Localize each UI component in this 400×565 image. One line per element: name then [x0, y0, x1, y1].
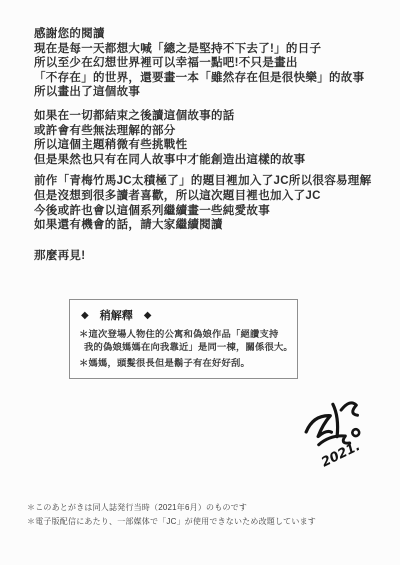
afterword-line: 感謝您的閱讀: [34, 27, 382, 42]
afterword-page: 感謝您的閱讀 現在是每一天都想大喊「總之是堅持不下去了!」的日子 所以至少在幻想…: [34, 27, 382, 379]
afterword-line: 但是果然也只有在同人故事中才能創造出這樣的故事: [34, 153, 382, 168]
afterword-paragraph: 如果在一切都結束之後讀這個故事的話 或許會有些無法理解的部分 所以這個主題稍微有…: [34, 109, 382, 167]
afterword-line: 所以至少在幻想世界裡可以幸福一點吧!不只是畫出: [34, 56, 382, 71]
footnote: ＊電子版配信にあたり、一部媒体で「JC」が使用できないため改題しています: [27, 515, 316, 529]
footnotes: ＊このあとがきは同人誌発行当時（2021年6月）のものです ＊電子版配信にあたり…: [27, 501, 316, 528]
afterword-line: 現在是每一天都想大喊「總之是堅持不下去了!」的日子: [34, 42, 382, 57]
afterword-line: 但是沒想到很多讀者喜歡，所以這次題目裡也加入了JC: [34, 189, 382, 204]
afterword-paragraph: 感謝您的閱讀 現在是每一天都想大喊「總之是堅持不下去了!」的日子 所以至少在幻想…: [34, 27, 382, 100]
afterword-line: 如果在一切都結束之後讀這個故事的話: [34, 109, 382, 124]
note-line: ＊媽媽，頭髮很長但是鬍子有在好好刮。: [79, 357, 288, 369]
diamond-icon: ◆: [81, 310, 89, 321]
afterword-line: 或許會有些無法理解的部分: [34, 124, 382, 139]
note-line: ＊這次登場人物住的公寓和偽娘作品「絕讚支持: [79, 328, 288, 340]
afterword-line: 如果還有機會的話，請大家繼續閱讀: [34, 218, 382, 233]
note-line: 我的偽娘媽媽在向我靠近」是同一棟，關係很大。: [79, 341, 288, 353]
artist-signature: 2021.: [303, 400, 375, 472]
diamond-icon: ◆: [144, 310, 152, 321]
note-box-title: ◆ 稍解釋 ◆: [79, 307, 288, 323]
signature-year: 2021.: [319, 439, 363, 471]
afterword-line: 前作「青梅竹馬JC太積極了」的題目裡加入了JC所以很容易理解: [34, 174, 382, 189]
afterword-line: 「不存在」的世界，還要畫一本「雖然存在但是很快樂」的故事: [34, 71, 382, 86]
afterword-paragraph: 前作「青梅竹馬JC太積極了」的題目裡加入了JC所以很容易理解 但是沒想到很多讀者…: [34, 174, 382, 232]
note-item: ＊媽媽，頭髮很長但是鬍子有在好好刮。: [79, 357, 288, 369]
afterword-line: 今後或許也會以這個系列繼續畫一些純愛故事: [34, 204, 382, 219]
note-box: ◆ 稍解釋 ◆ ＊這次登場人物住的公寓和偽娘作品「絕讚支持 我的偽娘媽媽在向我靠…: [69, 299, 298, 378]
note-item: ＊這次登場人物住的公寓和偽娘作品「絕讚支持 我的偽娘媽媽在向我靠近」是同一棟，關…: [79, 328, 288, 353]
footnote: ＊このあとがきは同人誌発行当時（2021年6月）のものです: [27, 501, 316, 515]
afterword-line: 那麼再見!: [34, 249, 382, 264]
note-box-title-text: 稍解釋: [100, 307, 133, 323]
afterword-line: 所以這個主題稍微有些挑戰性: [34, 138, 382, 153]
signature-scribble-icon: 2021.: [303, 400, 375, 472]
afterword-line: 所以畫出了這個故事: [34, 85, 382, 100]
afterword-farewell: 那麼再見!: [34, 249, 382, 264]
